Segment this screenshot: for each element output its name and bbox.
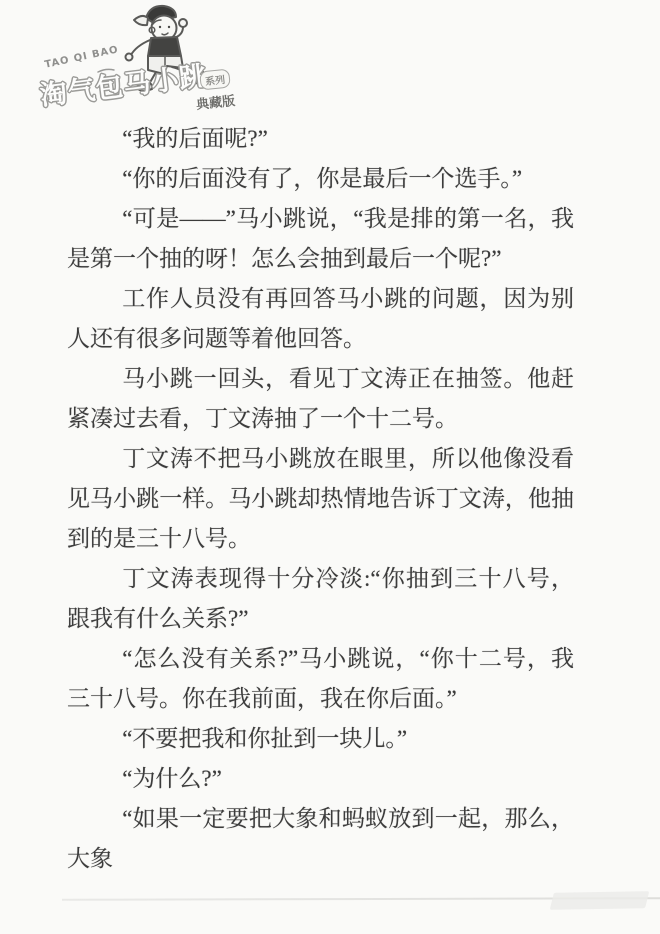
paragraph: 丁文涛表现得十分冷淡:“你抽到三十八号，跟我有什么关系?” <box>67 559 574 639</box>
scan-artifact <box>550 891 650 910</box>
paragraph: “如果一定要把大象和蚂蚁放到一起，那么，大象 <box>67 799 574 879</box>
paragraph: 丁文涛不把马小跳放在眼里，所以他像没看见马小跳一样。马小跳却热情地告诉丁文涛，他… <box>67 439 574 559</box>
paragraph: “可是——”马小跳说，“我是排的第一名，我是第一个抽的呀！怎么会抽到最后一个呢?… <box>67 199 574 279</box>
book-page: TAO QI BAO 淘气包马小跳 系列 典藏版 “我的后面呢?” “你的后面没… <box>0 0 660 934</box>
series-badge: 系列 <box>199 68 231 90</box>
paragraph: “不要把我和你扯到一块儿。” <box>67 719 574 759</box>
paragraph: “你的后面没有了，你是最后一个选手。” <box>67 159 574 199</box>
page-text: “我的后面呢?” “你的后面没有了，你是最后一个选手。” “可是——”马小跳说，… <box>67 119 574 879</box>
paragraph: “为什么?” <box>67 759 574 799</box>
paragraph: 马小跳一回头，看见丁文涛正在抽签。他赶紧凑过去看，丁文涛抽了一个十二号。 <box>67 359 574 439</box>
paragraph: 工作人员没有再回答马小跳的问题，因为别人还有很多问题等着他回答。 <box>67 279 574 359</box>
edition-label: 典藏版 <box>195 90 236 113</box>
paragraph: “怎么没有关系?”马小跳说，“你十二号，我三十八号。你在我前面，我在你后面。” <box>67 639 574 719</box>
book-series-logo: TAO QI BAO 淘气包马小跳 系列 典藏版 <box>38 0 253 132</box>
paragraph: “我的后面呢?” <box>67 119 574 159</box>
